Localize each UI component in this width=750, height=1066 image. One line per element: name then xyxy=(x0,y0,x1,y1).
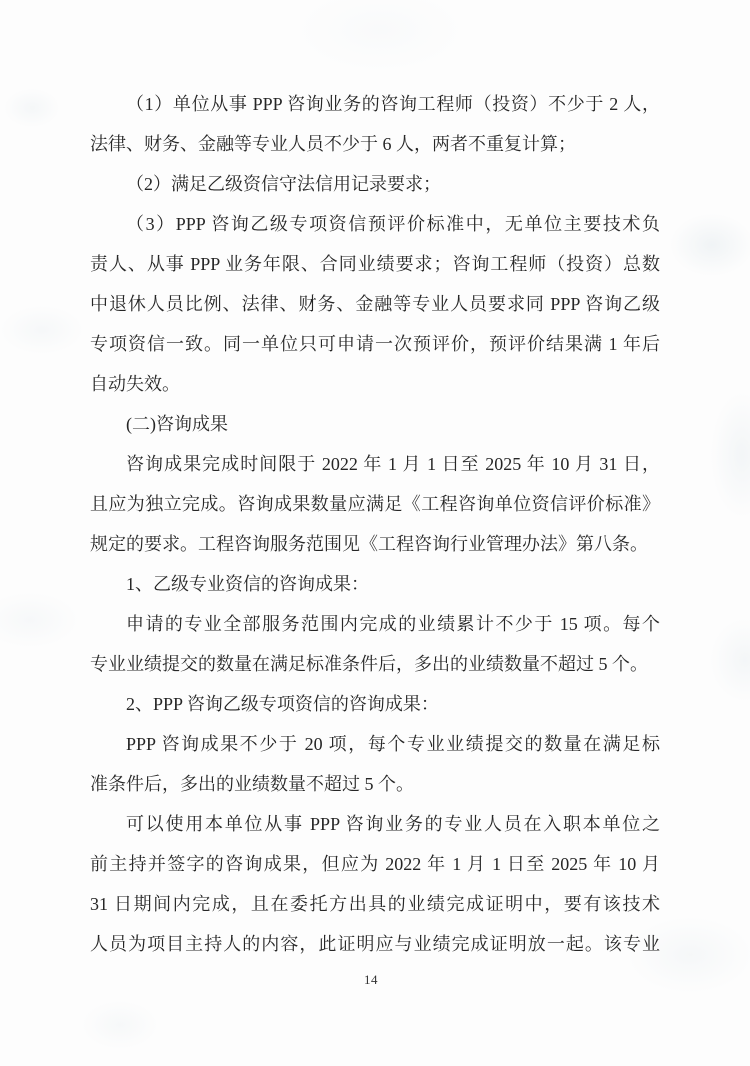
text-line: (二)咨询成果 xyxy=(90,404,660,444)
text-line: （2）满足乙级资信守法信用记录要求； xyxy=(90,164,660,204)
text-line: 2、PPP 咨询乙级专项资信的咨询成果： xyxy=(90,684,660,724)
text-line: 前主持并签字的咨询成果，但应为 2022 年 1 月 1 日至 2025 年 1… xyxy=(90,844,660,884)
text-line: 人员为项目主持人的内容，此证明应与业绩完成证明放一起。该专业 xyxy=(90,924,660,964)
text-line: 规定的要求。工程咨询服务范围见《工程咨询行业管理办法》第八条。 xyxy=(90,524,660,564)
text-line: 准条件后，多出的业绩数量不超过 5 个。 xyxy=(90,764,660,804)
document-body: （1）单位从事 PPP 咨询业务的咨询工程师（投资）不少于 2 人，法律、财务、… xyxy=(90,84,660,964)
page-number: 14 xyxy=(0,972,742,988)
document-page: （1）单位从事 PPP 咨询业务的咨询工程师（投资）不少于 2 人，法律、财务、… xyxy=(0,0,750,1066)
text-line: 专业业绩提交的数量在满足标准条件后，多出的业绩数量不超过 5 个。 xyxy=(90,644,660,684)
text-line: 可以使用本单位从事 PPP 咨询业务的专业人员在入职本单位之 xyxy=(90,804,660,844)
text-line: 且应为独立完成。咨询成果数量应满足《工程咨询单位资信评价标准》 xyxy=(90,484,660,524)
text-line: PPP 咨询成果不少于 20 项，每个专业业绩提交的数量在满足标 xyxy=(90,724,660,764)
text-line: 专项资信一致。同一单位只可申请一次预评价，预评价结果满 1 年后 xyxy=(90,324,660,364)
text-line: 自动失效。 xyxy=(90,364,660,404)
text-line: 法律、财务、金融等专业人员不少于 6 人，两者不重复计算； xyxy=(90,124,660,164)
text-line: 责人、从事 PPP 业务年限、合同业绩要求；咨询工程师（投资）总数 xyxy=(90,244,660,284)
text-line: （3）PPP 咨询乙级专项资信预评价标准中，无单位主要技术负 xyxy=(90,204,660,244)
text-line: 中退休人员比例、法律、财务、金融等专业人员要求同 PPP 咨询乙级 xyxy=(90,284,660,324)
text-line: 31 日期间内完成，且在委托方出具的业绩完成证明中，要有该技术 xyxy=(90,884,660,924)
text-line: 咨询成果完成时间限于 2022 年 1 月 1 日至 2025 年 10 月 3… xyxy=(90,444,660,484)
text-line: 申请的专业全部服务范围内完成的业绩累计不少于 15 项。每个 xyxy=(90,604,660,644)
text-line: 1、乙级专业资信的咨询成果： xyxy=(90,564,660,604)
text-line: （1）单位从事 PPP 咨询业务的咨询工程师（投资）不少于 2 人， xyxy=(90,84,660,124)
